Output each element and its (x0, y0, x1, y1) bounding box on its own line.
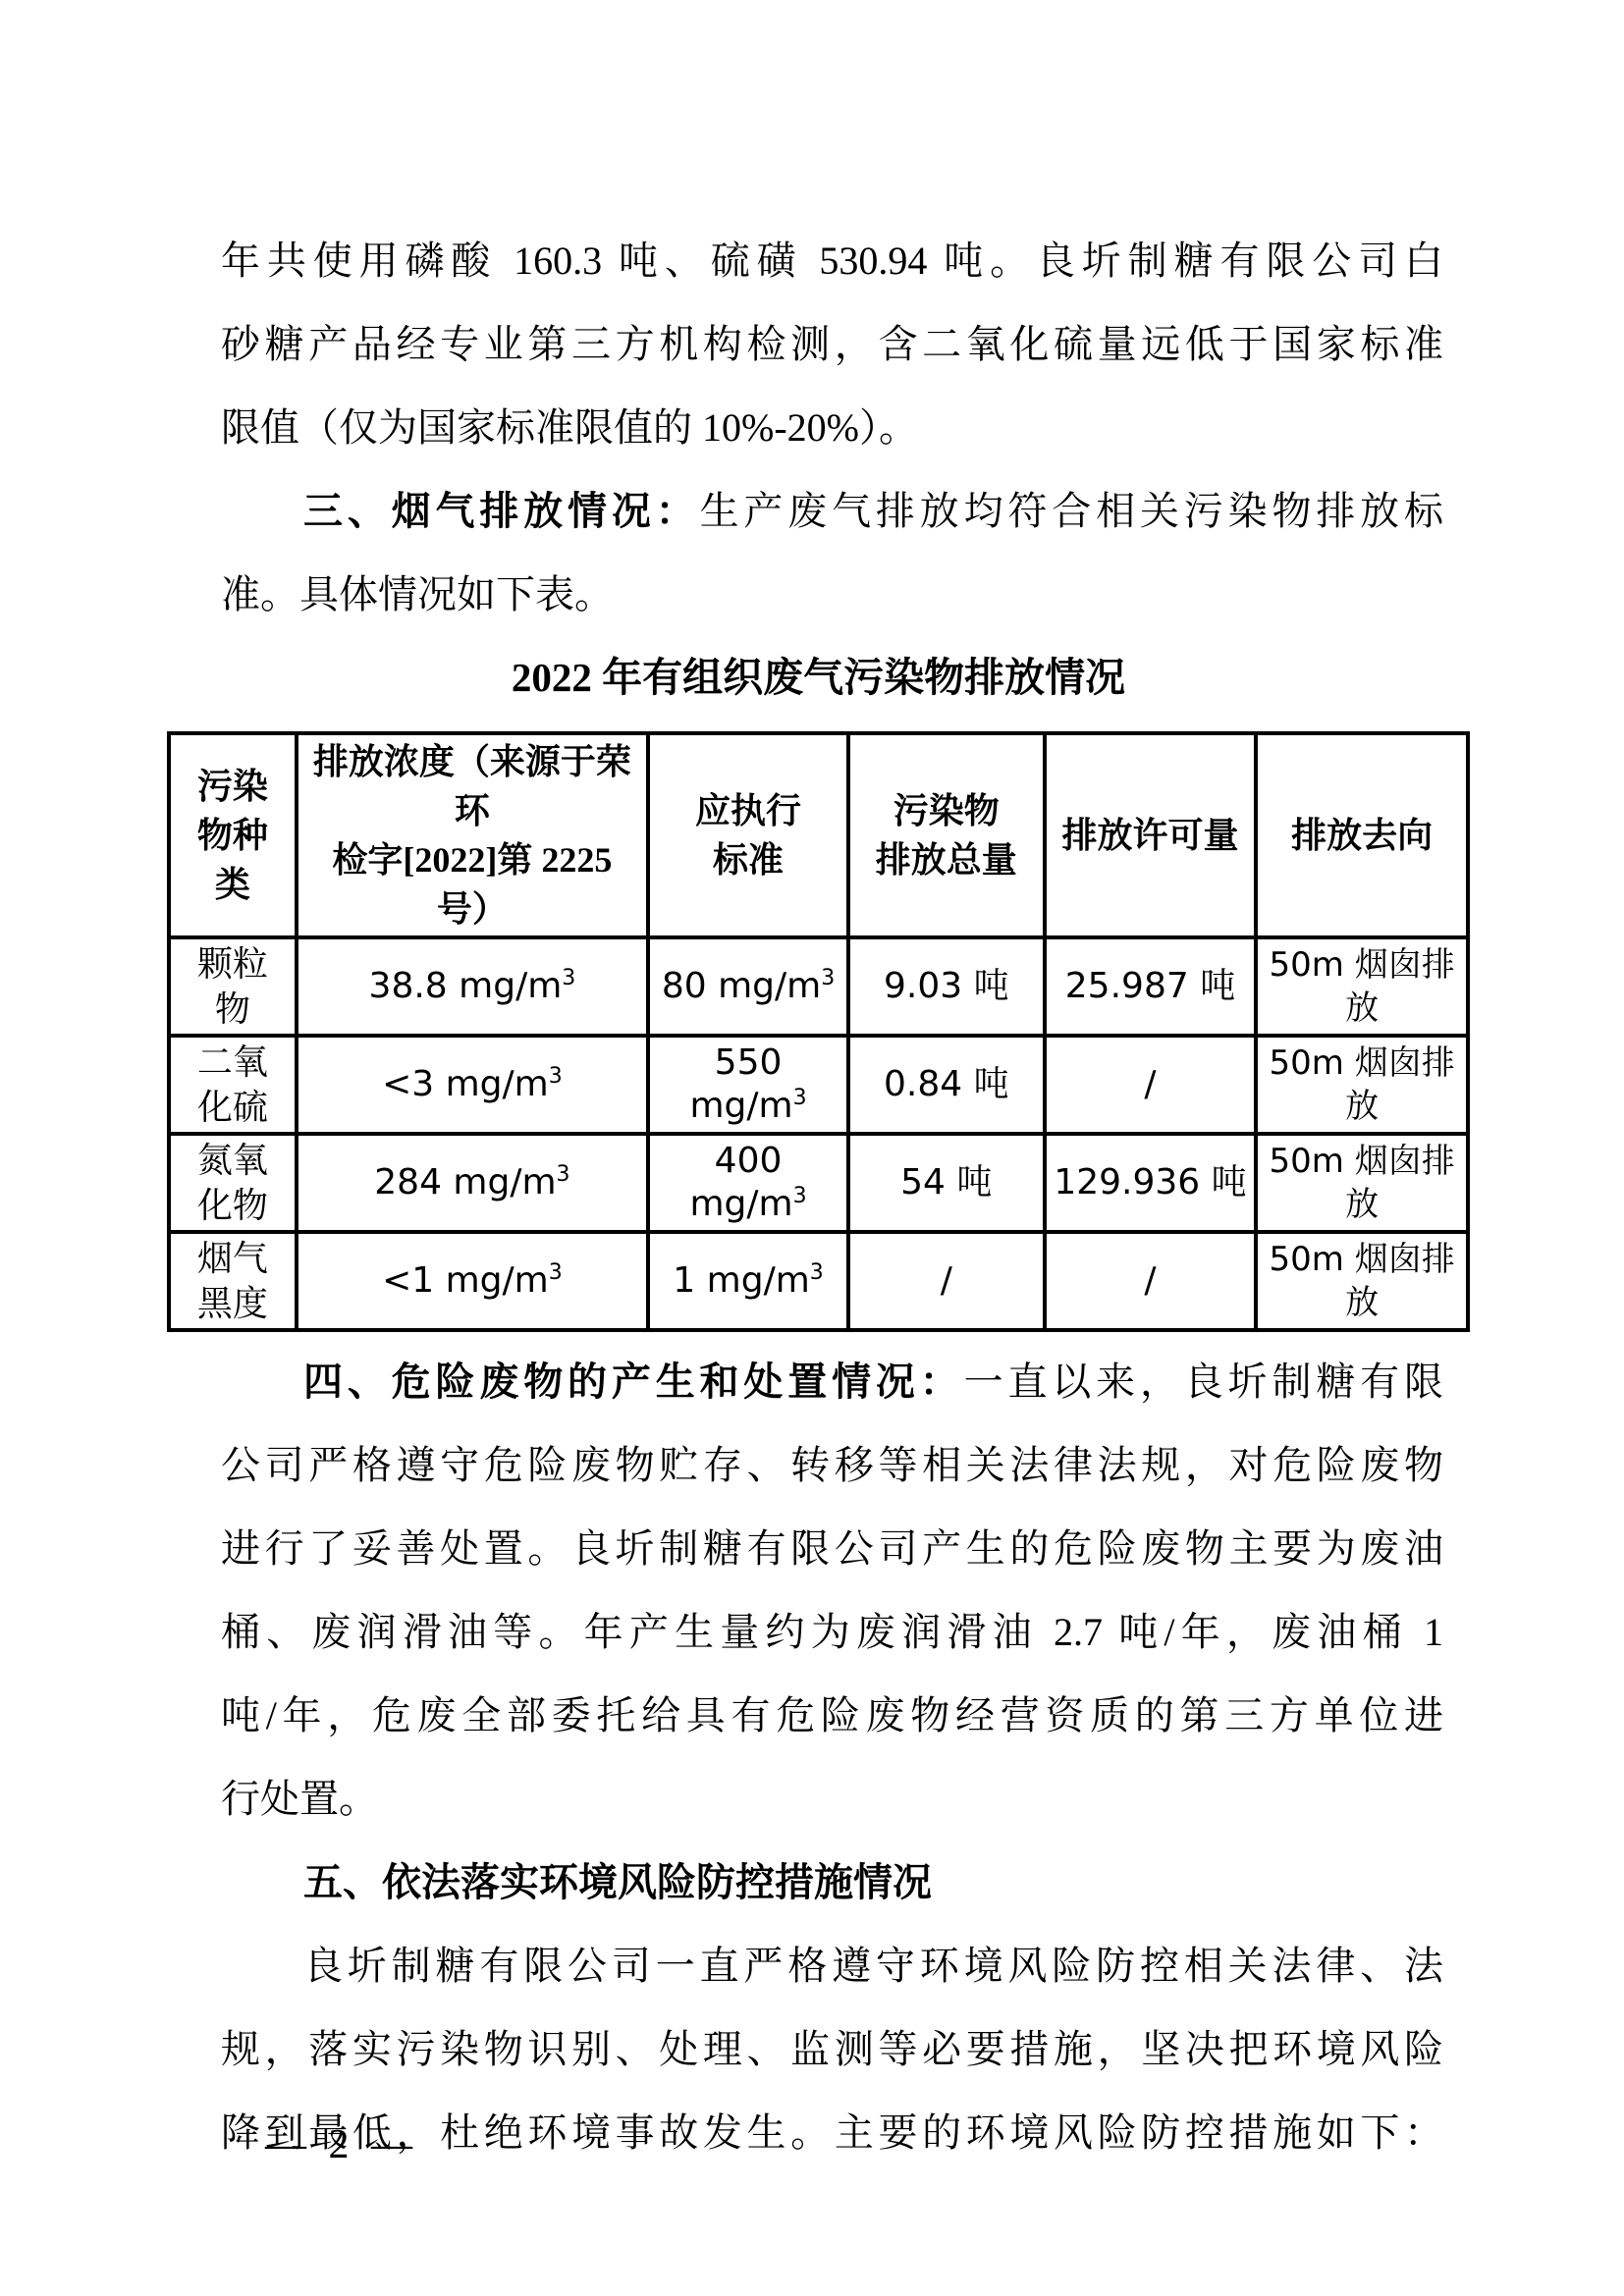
table-title: 2022 年有组织废气污染物排放情况 (167, 636, 1470, 720)
body-line: 年共使用磷酸 160.3 吨、硫磺 530.94 吨。良圻制糖有限公司白 (221, 219, 1443, 302)
pollutant-cell: 二氧 化硫 (169, 1036, 297, 1134)
standard-cell: 400 mg/m3 (648, 1134, 848, 1232)
permit-cell: 129.936 吨 (1045, 1134, 1257, 1232)
table-row: 颗粒 物 38.8 mg/m3 80 mg/m3 9.03 吨 25.987 吨… (169, 937, 1468, 1036)
body-line: 行处置。 (221, 1757, 1443, 1841)
header-total-emission: 污染物 排放总量 (848, 733, 1045, 937)
permit-cell: / (1045, 1036, 1257, 1134)
line-text: 行处置。 (221, 1777, 378, 1821)
standard-value: 80 mg/m (662, 966, 821, 1006)
superscript-3: 3 (793, 1184, 807, 1208)
section-heading: 五、依法落实环境风险防控措施情况 (303, 1860, 932, 1904)
concentration-cell: 284 mg/m3 (297, 1134, 649, 1232)
body-line: 进行了妥善处置。良圻制糖有限公司产生的危险废物主要为废油 (221, 1507, 1443, 1590)
superscript-3: 3 (549, 1260, 563, 1285)
table-row: 烟气 黑度 <1 mg/m3 1 mg/m3 / / 50m 烟囱排 放 (169, 1232, 1468, 1330)
section-heading: 四、危险废物的产生和处置情况： (303, 1360, 964, 1404)
superscript-3: 3 (821, 966, 835, 990)
line-text: 一直以来，良圻制糖有限 (964, 1360, 1443, 1404)
total-cell: 0.84 吨 (848, 1036, 1045, 1134)
section-heading-line: 五、依法落实环境风险防控措施情况 (221, 1841, 1443, 1924)
line-text: 吨/年，危废全部委托给具有危险废物经营资质的第三方单位进 (221, 1693, 1443, 1737)
concentration-cell: <1 mg/m3 (297, 1232, 649, 1330)
document-page: 年共使用磷酸 160.3 吨、硫磺 530.94 吨。良圻制糖有限公司白 砂糖产… (0, 0, 1624, 2296)
total-cell: 9.03 吨 (848, 937, 1045, 1036)
line-text: 规，落实污染物识别、处理、监测等必要措施，坚决把环境风险 (221, 2027, 1443, 2071)
section-heading-line: 三、烟气排放情况：生产废气排放均符合相关污染物排放标 (221, 469, 1443, 553)
table-row: 氮氧 化物 284 mg/m3 400 mg/m3 54 吨 129.936 吨… (169, 1134, 1468, 1232)
page-number: — 2 — (265, 2110, 418, 2179)
pollutant-cell: 颗粒 物 (169, 937, 297, 1036)
body-line: 限值（仅为国家标准限值的 10%-20%）。 (221, 386, 1443, 469)
line-text: 进行了妥善处置。良圻制糖有限公司产生的危险废物主要为废油 (221, 1526, 1443, 1571)
header-emission-destination: 排放去向 (1256, 733, 1468, 937)
header-applicable-standard: 应执行 标准 (648, 733, 848, 937)
standard-value: 1 mg/m (673, 1260, 809, 1301)
concentration-value: 38.8 mg/m (369, 966, 563, 1006)
superscript-3: 3 (562, 966, 575, 990)
body-line: 砂糖产品经专业第三方机构检测，含二氧化硫量远低于国家标准 (221, 302, 1443, 386)
superscript-3: 3 (793, 1086, 807, 1110)
destination-cell: 50m 烟囱排 放 (1256, 1036, 1468, 1134)
body-line: 吨/年，危废全部委托给具有危险废物经营资质的第三方单位进 (221, 1674, 1443, 1757)
concentration-cell: <3 mg/m3 (297, 1036, 649, 1134)
permit-cell: / (1045, 1232, 1257, 1330)
line-text: 良圻制糖有限公司一直严格遵守环境风险防控相关法律、法 (303, 1944, 1443, 1988)
standard-cell: 550 mg/m3 (648, 1036, 848, 1134)
total-cell: / (848, 1232, 1045, 1330)
pollutant-cell: 烟气 黑度 (169, 1232, 297, 1330)
line-text: 公司严格遵守危险废物贮存、转移等相关法律法规，对危险废物 (221, 1443, 1443, 1487)
document-content: 年共使用磷酸 160.3 吨、硫磺 530.94 吨。良圻制糖有限公司白 砂糖产… (167, 0, 1470, 2174)
header-permitted-amount: 排放许可量 (1045, 733, 1257, 937)
superscript-3: 3 (557, 1162, 570, 1187)
emissions-table: 污染 物种 类 排放浓度（来源于荣环 检字[2022]第 2225 号） 应执行… (167, 731, 1470, 1332)
table-header-row: 污染 物种 类 排放浓度（来源于荣环 检字[2022]第 2225 号） 应执行… (169, 733, 1468, 937)
body-line: 桶、废润滑油等。年产生量约为废润滑油 2.7 吨/年，废油桶 1 (221, 1590, 1443, 1674)
superscript-3: 3 (810, 1260, 824, 1285)
line-text: 桶、废润滑油等。年产生量约为废润滑油 2.7 吨/年，废油桶 1 (221, 1610, 1443, 1654)
body-line: 规，落实污染物识别、处理、监测等必要措施，坚决把环境风险 (221, 2007, 1443, 2091)
body-line: 准。具体情况如下表。 (221, 553, 1443, 636)
concentration-value: 284 mg/m (374, 1162, 556, 1202)
concentration-cell: 38.8 mg/m3 (297, 937, 649, 1036)
section-heading: 三、烟气排放情况： (303, 489, 700, 533)
standard-cell: 80 mg/m3 (648, 937, 848, 1036)
destination-cell: 50m 烟囱排 放 (1256, 937, 1468, 1036)
total-cell: 54 吨 (848, 1134, 1045, 1232)
concentration-value: <3 mg/m (382, 1064, 549, 1104)
header-emission-concentration: 排放浓度（来源于荣环 检字[2022]第 2225 号） (297, 733, 649, 937)
body-line: 公司严格遵守危险废物贮存、转移等相关法律法规，对危险废物 (221, 1423, 1443, 1507)
destination-cell: 50m 烟囱排 放 (1256, 1232, 1468, 1330)
standard-value: 550 mg/m (689, 1042, 792, 1126)
line-text: 砂糖产品经专业第三方机构检测，含二氧化硫量远低于国家标准 (221, 322, 1443, 366)
permit-cell: 25.987 吨 (1045, 937, 1257, 1036)
pollutant-cell: 氮氧 化物 (169, 1134, 297, 1232)
section-heading-line: 四、危险废物的产生和处置情况：一直以来，良圻制糖有限 (221, 1340, 1443, 1423)
superscript-3: 3 (549, 1064, 563, 1089)
line-text: 年共使用磷酸 160.3 吨、硫磺 530.94 吨。良圻制糖有限公司白 (221, 239, 1443, 283)
destination-cell: 50m 烟囱排 放 (1256, 1134, 1468, 1232)
standard-cell: 1 mg/m3 (648, 1232, 848, 1330)
standard-value: 400 mg/m (689, 1141, 792, 1224)
table-row: 二氧 化硫 <3 mg/m3 550 mg/m3 0.84 吨 / 50m 烟囱… (169, 1036, 1468, 1134)
header-pollutant-type: 污染 物种 类 (169, 733, 297, 937)
line-text: 限值（仅为国家标准限值的 10%-20%）。 (221, 405, 918, 450)
line-text: 生产废气排放均符合相关污染物排放标 (700, 489, 1443, 533)
body-line: 良圻制糖有限公司一直严格遵守环境风险防控相关法律、法 (221, 1924, 1443, 2007)
line-text: 准。具体情况如下表。 (221, 572, 614, 616)
concentration-value: <1 mg/m (382, 1260, 549, 1301)
